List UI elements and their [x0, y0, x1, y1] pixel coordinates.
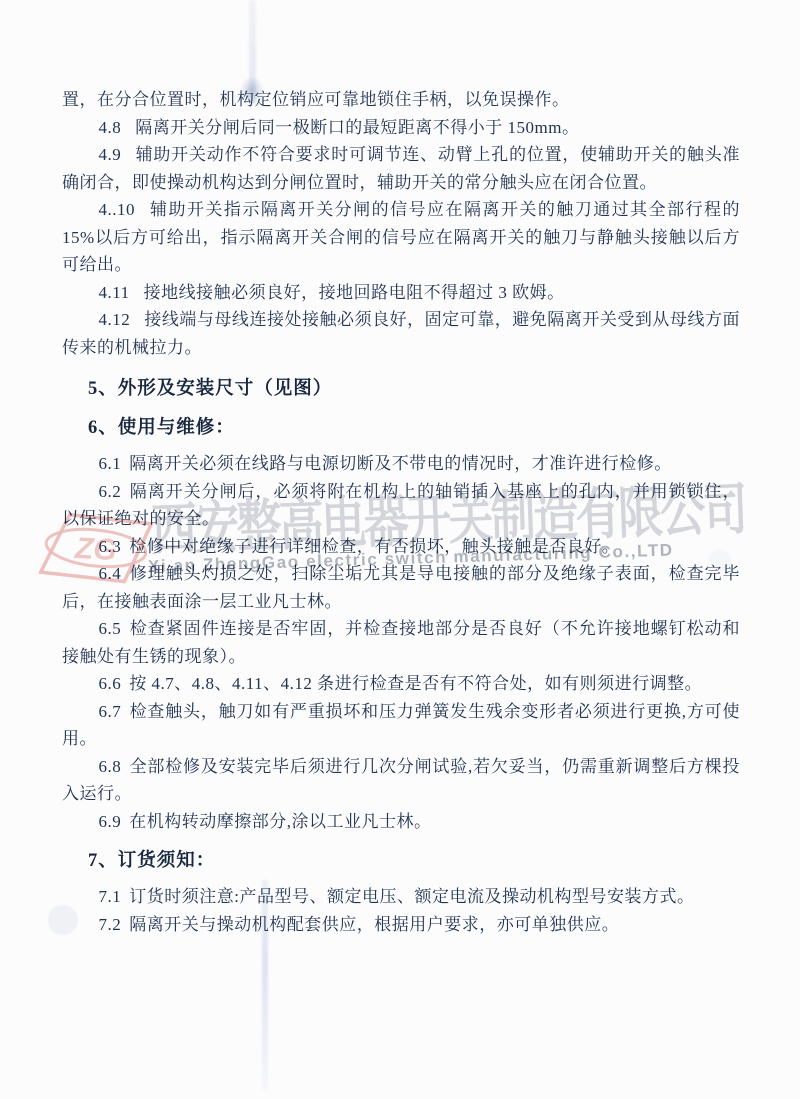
item-text: 全部检修及安装完毕后须进行几次分闸试验,若欠妥当，仍需重新调整后方棵投入运行。: [62, 757, 740, 804]
list-item: 4.12接线端与母线连接处接触必须良好，固定可靠，避免隔离开关受到从母线方面传来…: [62, 306, 740, 361]
item-text: 检修中对绝缘子进行详细检查，有否损坏，触头接触是否良好。: [129, 537, 619, 556]
list-item: 4..10辅助开关指示隔离开关分闸的信号应在隔离开关的触刀通过其全部行程的15%…: [62, 196, 740, 279]
item-number: 6.7: [99, 702, 122, 721]
item-number: 6.9: [99, 812, 122, 831]
document-body: 置，在分合位置时，机构定位销应可靠地锁住手柄，以免误操作。 4.8隔离开关分闸后…: [0, 0, 800, 940]
item-text: 隔离开关与操动机构配套供应，根据用户要求，亦可单独供应。: [129, 915, 619, 934]
section-6-items: 6.1隔离开关必须在线路与电源切断及不带电的情况时，才准许进行检修。 6.2隔离…: [62, 450, 740, 835]
list-item: 6.5检查紧固件连接是否牢固，并检查接地部分是否良好（不允许接地螺钉松动和接触处…: [62, 615, 740, 670]
item-number: 6.5: [99, 619, 122, 638]
list-item: 6.8全部检修及安装完毕后须进行几次分闸试验,若欠妥当，仍需重新调整后方棵投入运…: [62, 753, 740, 808]
section-heading-5: 5、外形及安装尺寸（见图）: [62, 376, 740, 402]
list-item: 6.4修理触头灼损之处，扫除尘垢尤其是导电接触的部分及绝缘子表面，检查完毕后，在…: [62, 560, 740, 615]
item-text: 订货时须注意:产品型号、额定电压、额定电流及操动机构型号安装方式。: [129, 887, 694, 906]
item-number: 6.8: [99, 757, 122, 776]
item-number: 7.1: [99, 887, 122, 906]
paragraph-text: 置，在分合位置时，机构定位销应可靠地锁住手柄，以免误操作。: [62, 90, 570, 109]
item-number: 6.3: [99, 537, 122, 556]
item-number: 7.2: [99, 915, 122, 934]
item-text: 接地线接触必须良好，接地回路电阻不得超过 3 欧姆。: [144, 283, 565, 302]
item-text: 修理触头灼损之处，扫除尘垢尤其是导电接触的部分及绝缘子表面，检查完毕后，在接触表…: [62, 564, 740, 611]
section-heading-7: 7、订货须知：: [62, 848, 740, 874]
item-text: 检查触头，触刀如有严重损坏和压力弹簧发生残余变形者必须进行更换,方可使用。: [62, 702, 740, 749]
list-item: 6.9在机构转动摩擦部分,涂以工业凡士林。: [62, 808, 740, 836]
section-4-items: 4.8隔离开关分闸后同一极断口的最短距离不得小于 150mm。 4.9辅助开关动…: [62, 114, 740, 362]
section-7-items: 7.1订货时须注意:产品型号、额定电压、额定电流及操动机构型号安装方式。 7.2…: [62, 883, 740, 938]
item-number: 4..10: [99, 200, 136, 219]
paragraph-continued: 置，在分合位置时，机构定位销应可靠地锁住手柄，以免误操作。: [62, 86, 740, 114]
list-item: 4.11接地线接触必须良好，接地回路电阻不得超过 3 欧姆。: [62, 279, 740, 307]
item-number: 6.4: [99, 564, 122, 583]
list-item: 7.1订货时须注意:产品型号、额定电压、额定电流及操动机构型号安装方式。: [62, 883, 740, 911]
item-number: 6.6: [99, 674, 122, 693]
list-item: 6.3检修中对绝缘子进行详细检查，有否损坏，触头接触是否良好。: [62, 533, 740, 561]
item-text: 接线端与母线连接处接触必须良好，固定可靠，避免隔离开关受到从母线方面传来的机械拉…: [62, 310, 740, 357]
item-text: 隔离开关分闸后同一极断口的最短距离不得小于 150mm。: [135, 118, 579, 137]
item-number: 4.8: [99, 118, 122, 137]
section-heading-6: 6、使用与维修：: [62, 415, 740, 441]
item-number: 4.12: [99, 310, 131, 329]
item-number: 4.9: [99, 145, 122, 164]
list-item: 6.2隔离开关分闸后，必须将附在机构上的轴销插入基座上的孔内，并用锁锁住，以保证…: [62, 478, 740, 533]
item-number: 4.11: [99, 283, 130, 302]
list-item: 7.2隔离开关与操动机构配套供应，根据用户要求，亦可单独供应。: [62, 911, 740, 939]
item-text: 按 4.7、4.8、4.11、4.12 条进行检查是否有不符合处，如有则须进行调…: [129, 674, 702, 693]
list-item: 6.6按 4.7、4.8、4.11、4.12 条进行检查是否有不符合处，如有则须…: [62, 670, 740, 698]
item-number: 6.2: [99, 482, 122, 501]
scanned-page: 置，在分合位置时，机构定位销应可靠地锁住手柄，以免误操作。 4.8隔离开关分闸后…: [0, 0, 800, 1099]
list-item: 6.1隔离开关必须在线路与电源切断及不带电的情况时，才准许进行检修。: [62, 450, 740, 478]
item-text: 辅助开关动作不符合要求时可调节连、动臂上孔的位置，使辅助开关的触头准确闭合，即使…: [62, 145, 740, 192]
item-text: 在机构转动摩擦部分,涂以工业凡士林。: [129, 812, 431, 831]
item-text: 隔离开关必须在线路与电源切断及不带电的情况时，才准许进行检修。: [129, 454, 672, 473]
item-number: 6.1: [99, 454, 122, 473]
list-item: 6.7检查触头，触刀如有严重损坏和压力弹簧发生残余变形者必须进行更换,方可使用。: [62, 698, 740, 753]
item-text: 检查紧固件连接是否牢固，并检查接地部分是否良好（不允许接地螺钉松动和接触处有生锈…: [62, 619, 740, 666]
list-item: 4.8隔离开关分闸后同一极断口的最短距离不得小于 150mm。: [62, 114, 740, 142]
list-item: 4.9辅助开关动作不符合要求时可调节连、动臂上孔的位置，使辅助开关的触头准确闭合…: [62, 141, 740, 196]
item-text: 辅助开关指示隔离开关分闸的信号应在隔离开关的触刀通过其全部行程的15%以后方可给…: [62, 200, 740, 274]
item-text: 隔离开关分闸后，必须将附在机构上的轴销插入基座上的孔内，并用锁锁住，以保证绝对的…: [62, 482, 740, 529]
